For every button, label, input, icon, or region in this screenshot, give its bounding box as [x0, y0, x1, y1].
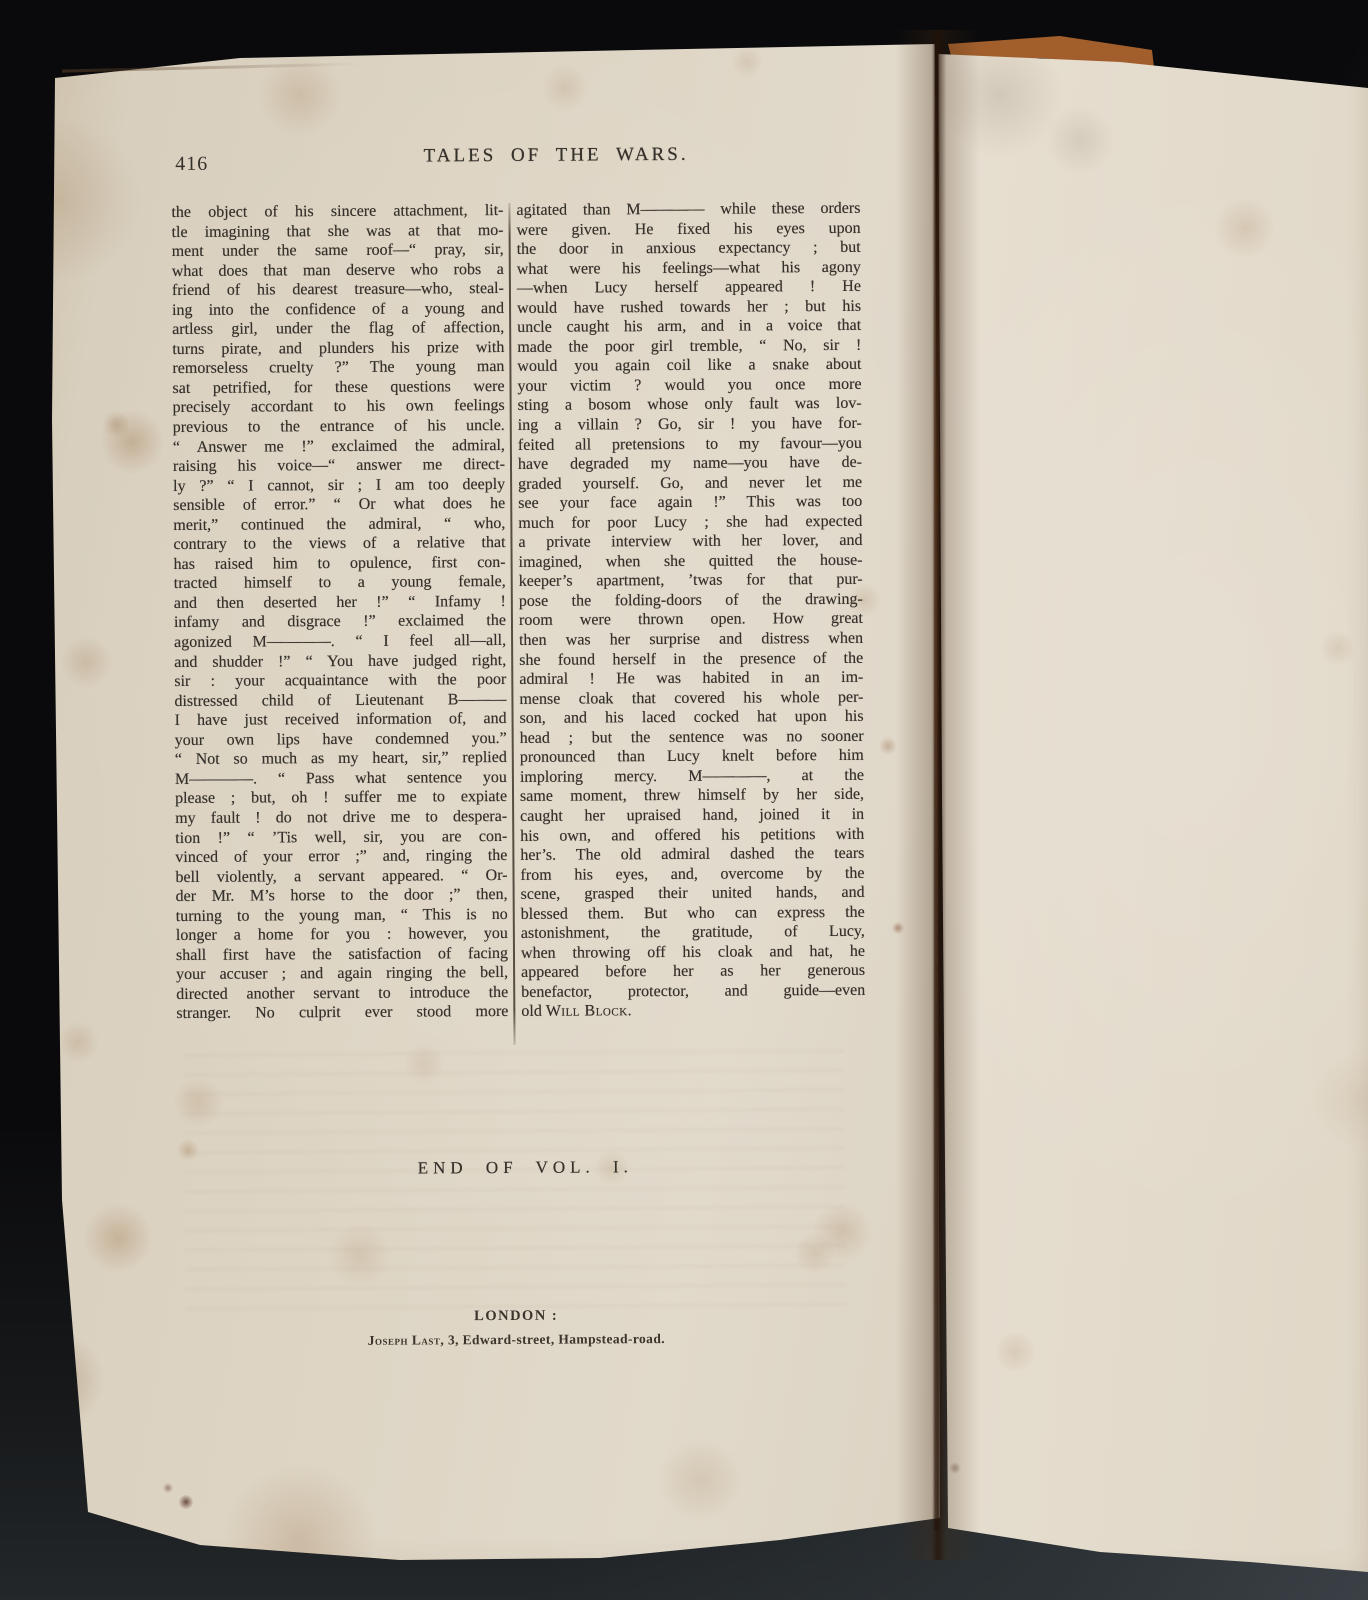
- text-line: “ Not so much as my heart, sir,” replied: [175, 748, 507, 770]
- text-line: directed another servant to introduce th…: [176, 983, 508, 1005]
- text-line: feited all pretensions to my favour—you: [518, 433, 862, 455]
- text-line: stranger. No culprit ever stood more: [176, 1002, 508, 1024]
- text-line: uncle caught his arm, and in a voice tha…: [517, 316, 861, 338]
- text-line: blessed them. But who can express the: [521, 902, 865, 924]
- text-line: infamy and disgrace !” exclaimed the: [174, 611, 506, 633]
- text-line: graded yourself. Go, and never let me: [518, 472, 862, 494]
- imprint-city: LONDON :: [416, 1307, 616, 1325]
- text-line: pose the folding-doors of the drawing-: [519, 590, 863, 612]
- text-line: I have just received information of, and: [175, 709, 507, 731]
- text-line: admiral ! He was habited in an im-: [519, 668, 863, 690]
- text-line: shall first have the satisfaction of fac…: [176, 944, 508, 966]
- page-number: 416: [175, 153, 208, 176]
- text-line: what does that man deserve who robs a: [172, 260, 504, 282]
- text-line: artless girl, under the flag of affectio…: [172, 318, 504, 340]
- text-line: M————. “ Pass what sentence you: [175, 768, 507, 790]
- text-line: your own lips have condemned you.”: [175, 729, 507, 751]
- text-line: my fault ! do not drive me to despera-: [175, 807, 507, 829]
- text-line: would you again coil like a snake about: [517, 355, 861, 377]
- text-line: have degraded my name—you have de-: [518, 453, 862, 475]
- text-line: pronounced than Lucy knelt before him: [520, 746, 864, 768]
- text-line: much for poor Lucy ; she had expected: [518, 512, 862, 534]
- text-line: agitated than M———— while these orders: [516, 199, 860, 221]
- text-line: raising his voice—“ answer me direct-: [173, 455, 505, 477]
- text-line: a private interview with her lover, and: [518, 531, 862, 553]
- text-line: tle imagining that she was at that mo-: [172, 221, 504, 243]
- text-line: imagined, when she quitted the house-: [519, 551, 863, 573]
- text-line: vinced of your error ;” and, ringing the: [175, 846, 507, 868]
- imprint-publisher: Joseph Last, 3, Edward-street, Hampstead…: [306, 1331, 726, 1350]
- text-line: turns pirate, and plunders his prize wit…: [172, 338, 504, 360]
- text-line: contrary to the views of a relative that: [173, 533, 505, 555]
- text-line: ing a villain ? Go, sir ! you have for-: [518, 414, 862, 436]
- text-line: sir : your acquaintance with the poor: [174, 670, 506, 692]
- text-line: astonishment, the gratitude, of Lucy,: [521, 922, 865, 944]
- text-line: what were his feelings—what his agony: [517, 257, 861, 279]
- text-line: would have rushed towards her ; but his: [517, 297, 861, 319]
- text-column-left: the object of his sincere attachment, li…: [171, 201, 508, 1024]
- text-line: mense cloak that covered his whole per-: [519, 687, 863, 709]
- text-line: “ Answer me !” exclaimed the admiral,: [173, 436, 505, 458]
- end-of-volume-note: END OF VOL. I.: [355, 1157, 695, 1179]
- text-line: turning to the young man, “ This is no: [176, 905, 508, 927]
- text-line: please ; but, oh ! suffer me to expiate: [175, 787, 507, 809]
- text-line: same moment, threw himself by her side,: [520, 785, 864, 807]
- text-line: the door in anxious expectancy ; but: [517, 238, 861, 260]
- text-line: scene, grasped their united hands, and: [521, 883, 865, 905]
- text-line: tracted himself to a young female,: [174, 572, 506, 594]
- text-line: friend of his dearest treasure—who, stea…: [172, 279, 504, 301]
- text-line: head ; but the sentence was no sooner: [520, 727, 864, 749]
- text-line: agonized M————. “ I feel all—all,: [174, 631, 506, 653]
- text-line: ment under the same roof—“ pray, sir,: [172, 240, 504, 262]
- text-line: room were thrown open. How great: [519, 609, 863, 631]
- text-line: and shudder !” “ You have judged right,: [174, 651, 506, 673]
- text-line: benefactor, protector, and guide—even: [521, 981, 865, 1003]
- text-line: appeared before her as her generous: [521, 961, 865, 983]
- text-line: and then deserted her !” “ Infamy !: [174, 592, 506, 614]
- text-line: keeper’s apartment, ’twas for that pur-: [519, 570, 863, 592]
- text-line: merit,” continued the admiral, “ who,: [173, 514, 505, 536]
- text-line: caught her upraised hand, joined it in: [520, 805, 864, 827]
- text-line: longer a home for you : however, you: [176, 924, 508, 946]
- text-line: sat petrified, for these questions were: [172, 377, 504, 399]
- text-line: your victim ? would you once more: [517, 375, 861, 397]
- text-line: then was her surprise and distress when: [519, 629, 863, 651]
- text-line: remorseless cruelty ?” The young man: [172, 357, 504, 379]
- text-line: —when Lucy herself appeared ! He: [517, 277, 861, 299]
- text-line: she found herself in the presence of the: [519, 648, 863, 670]
- text-line: has raised him to opulence, first con-: [174, 553, 506, 575]
- text-line: made the poor girl tremble, “ No, sir !: [517, 336, 861, 358]
- text-column-right: agitated than M———— while these orderswe…: [516, 199, 865, 1022]
- text-line: previous to the entrance of his uncle.: [173, 416, 505, 438]
- text-line: see your face again !” This was too: [518, 492, 862, 514]
- text-line: when throwing off his cloak and hat, he: [521, 942, 865, 964]
- text-line: the object of his sincere attachment, li…: [171, 201, 503, 223]
- text-line: precisely accordant to his own feelings: [173, 396, 505, 418]
- text-line: distressed child of Lieutenant B———: [174, 690, 506, 712]
- text-line: sting a bosom whose only fault was lov-: [518, 394, 862, 416]
- text-line: tion !” “ ’Tis well, sir, you are con-: [175, 826, 507, 848]
- text-line: old Will Block.: [521, 1000, 865, 1022]
- text-line: her’s. The old admiral dashed the tears: [520, 844, 864, 866]
- column-divider: [508, 203, 515, 1045]
- text-line: sensible of error.” “ Or what does he: [173, 494, 505, 516]
- text-line: bell violently, a servant appeared. “ Or…: [175, 866, 507, 888]
- text-line: from his eyes, and, overcome by the: [520, 863, 864, 885]
- text-line: der Mr. M’s horse to the door ;” then,: [176, 885, 508, 907]
- text-line: were given. He fixed his eyes upon: [517, 218, 861, 240]
- running-title: TALES OF THE WARS.: [396, 144, 716, 168]
- text-line: imploring mercy. M————, at the: [520, 766, 864, 788]
- text-line: ing into the confidence of a young and: [172, 299, 504, 321]
- text-line: ly ?” “ I cannot, sir ; I am too deeply: [173, 475, 505, 497]
- text-line: your accuser ; and again ringing the bel…: [176, 963, 508, 985]
- photo-background: 416 TALES OF THE WARS. the object of his…: [0, 0, 1368, 1600]
- text-line: his own, and offered his petitions with: [520, 824, 864, 846]
- text-line: son, and his laced cocked hat upon his: [519, 707, 863, 729]
